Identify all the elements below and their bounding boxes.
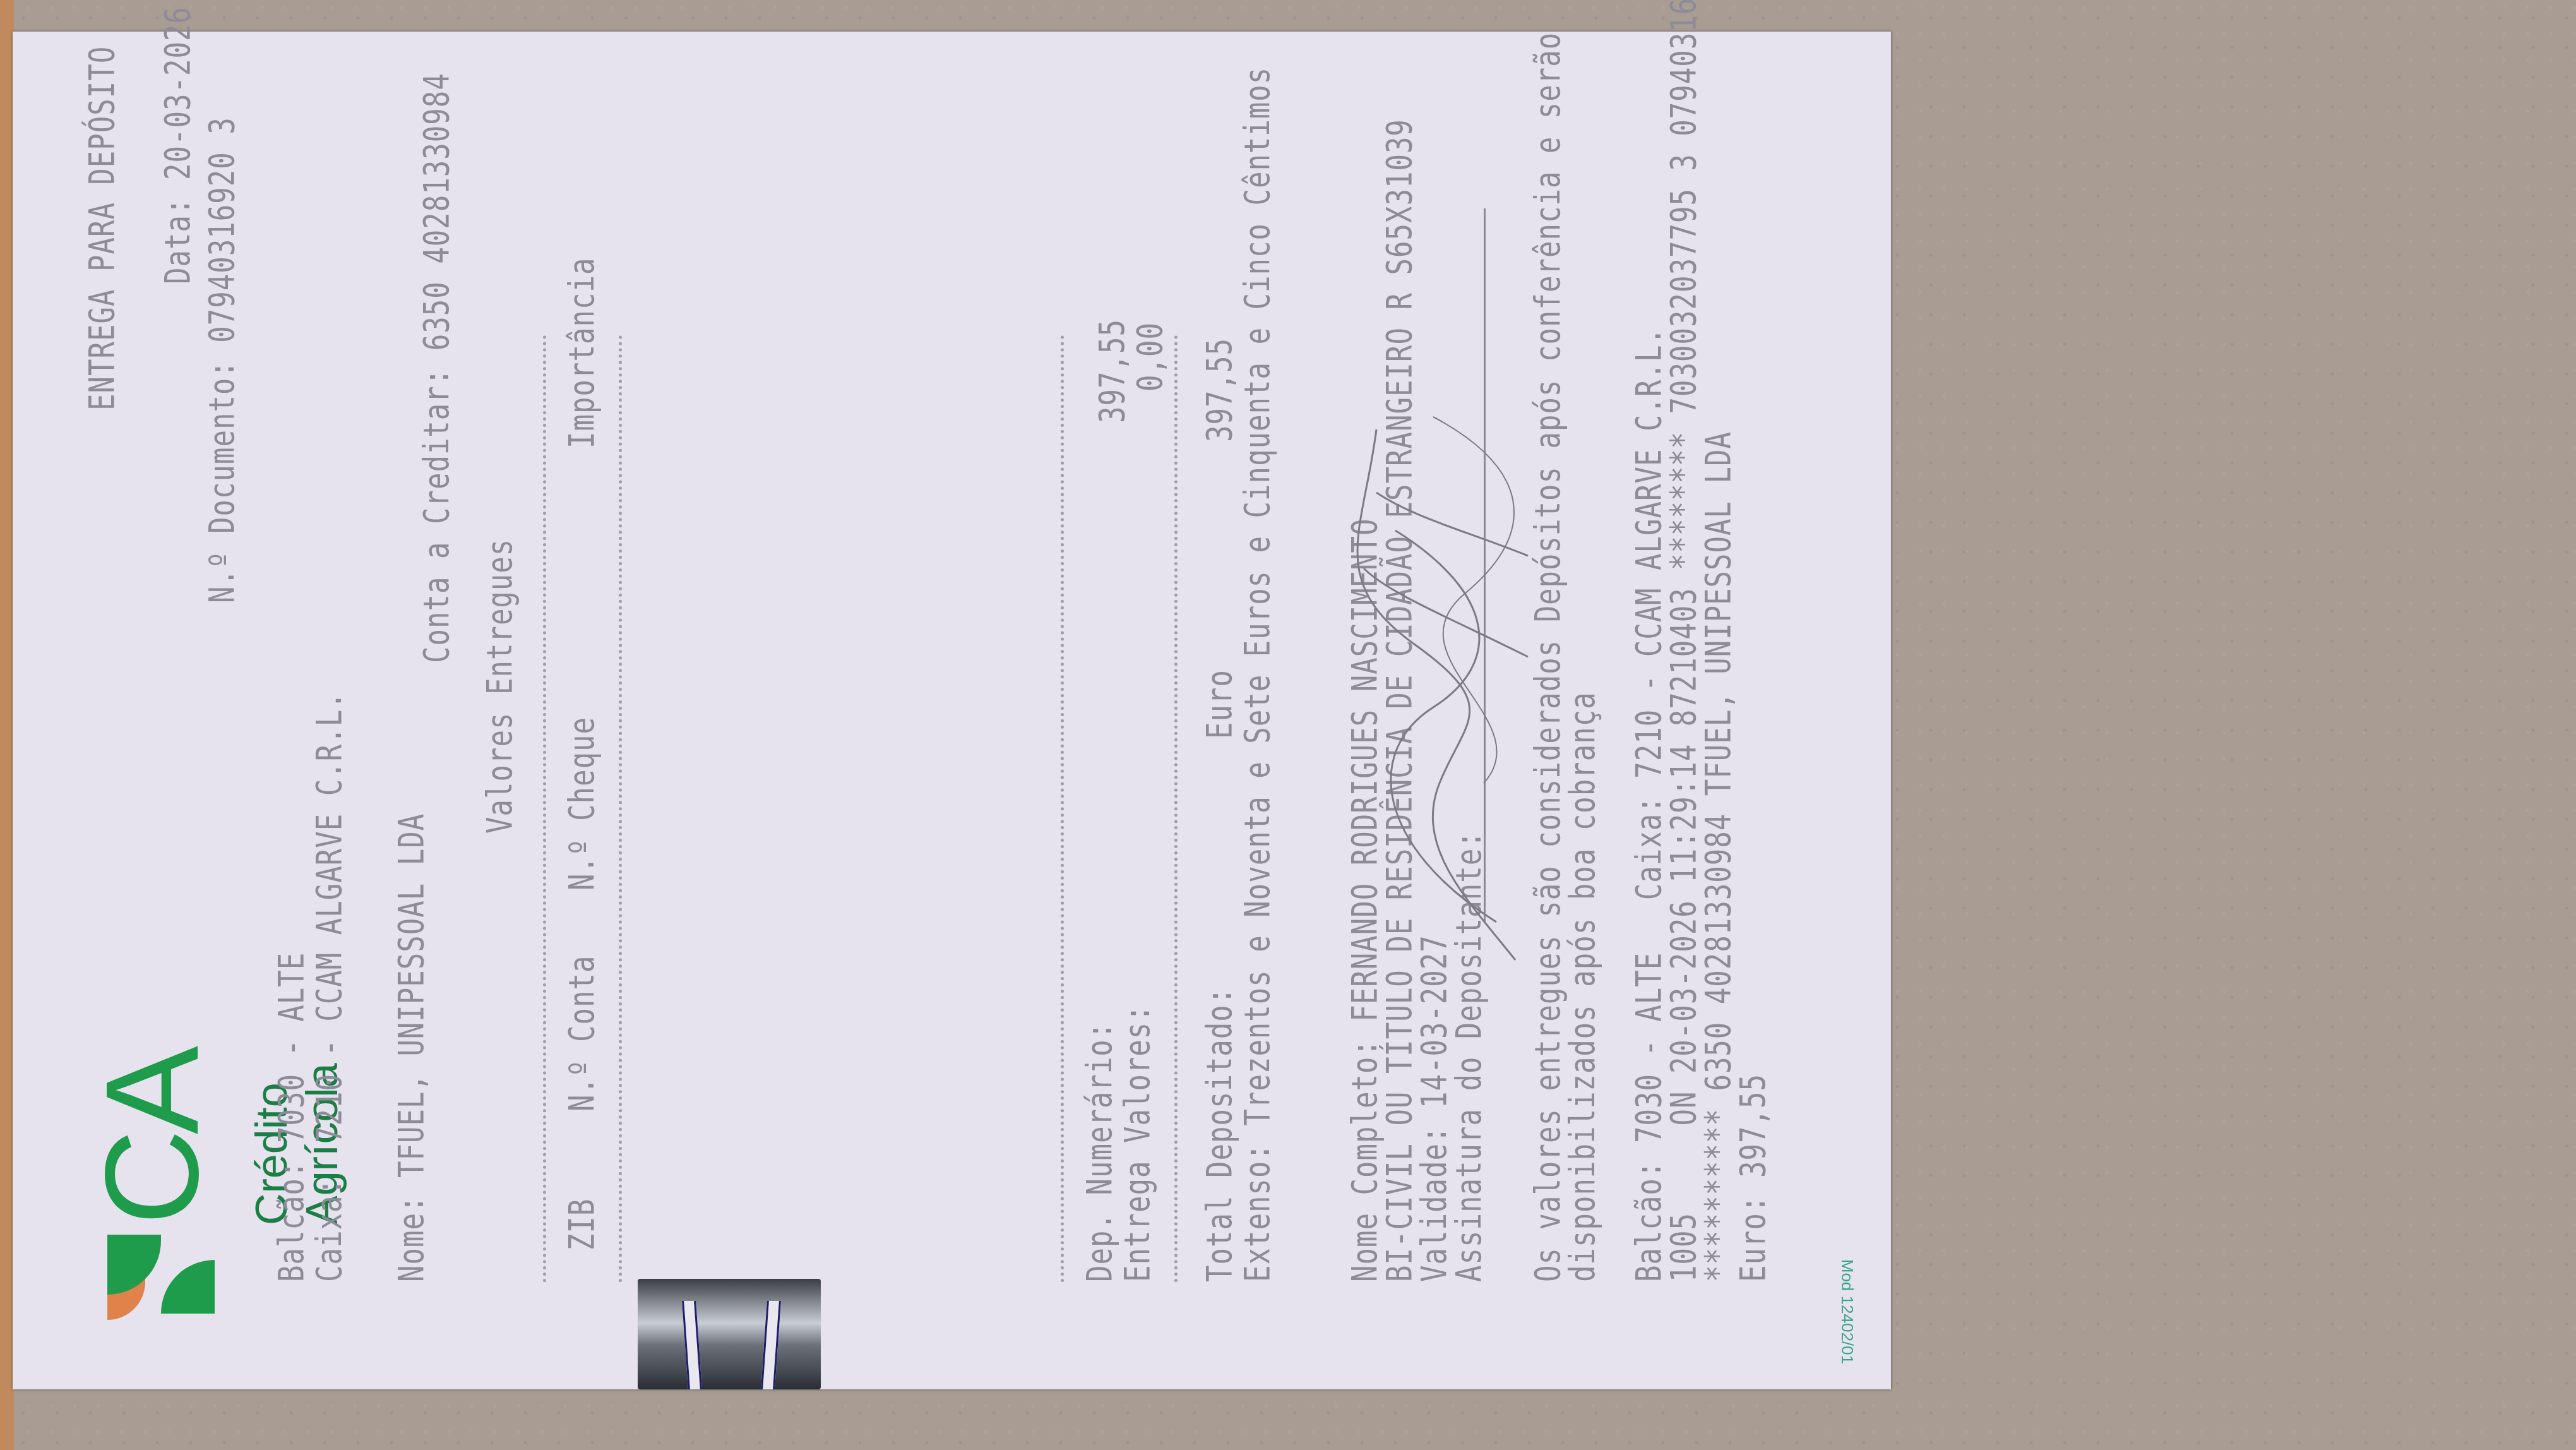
validation-line-4: Euro: 397,55 [1733,1074,1774,1282]
deposit-slip: CA Crédito Agrícola ENTREGA PARA DEPÓSIT… [13,32,1891,1389]
credito-agricola-logo: CA Crédito Agrícola [88,992,240,1320]
notice-line-2: disponibilizados após boa cobrança [1563,692,1603,1282]
logo-leaf-green-icon [161,1260,215,1314]
dep-numerario-value: 397,55 [1092,319,1133,423]
client-name-value: TFUEL, UNIPESSOAL LDA [391,813,432,1178]
total-value: 397,55 [1200,338,1240,442]
doc-number-row: N.º Documento: 07940316920 3 [202,117,242,603]
date-row: Data: 20-03-2026 [158,6,198,284]
entrega-valores-label: Entrega Valores: [1118,1004,1158,1282]
caixa-value: 7210 - CCAM ALGARVE C.R.L. [309,692,350,1143]
signature-scribble [1339,404,1547,973]
doc-number-value: 07940316920 3 [202,117,242,342]
date-label: Data: [158,198,198,284]
total-label: Total Depositado: [1200,987,1240,1282]
account-label: Conta a Creditar: [417,368,457,663]
client-name-row: Nome: TFUEL, UNIPESSOAL LDA [391,813,432,1282]
dep-numerario-label: Dep. Numerário: [1080,1022,1120,1282]
valores-title: Valores Entregues [480,539,520,834]
extenso-row: Extenso: Trezentos e Noventa e Sete Euro… [1237,67,1278,1282]
col-importancia: Importância [562,258,602,448]
balcao-label: Balcão: [271,1161,312,1282]
total-currency: Euro [1200,669,1240,739]
divider [619,335,622,1282]
binder-clip [638,1279,821,1389]
depositor-id-value: R S65X31039 [1380,119,1420,309]
balcao-row: Balcão: 7030 - ALTE [271,952,312,1282]
form-code: Mod 12402/01 [1837,1259,1857,1364]
account-row: Conta a Creditar: 6350 40281330984 [417,73,457,663]
account-value: 6350 40281330984 [417,73,457,351]
divider [1061,335,1064,1282]
caixa-row: Caixa: 7210 - CCAM ALGARVE C.R.L. [309,692,350,1282]
logo-letters: CA [76,1051,229,1225]
logo-leaf-green-icon [107,1235,161,1295]
caixa-label: Caixa: [309,1178,350,1282]
col-zib: ZIB [562,1199,602,1250]
document-title: ENTREGA PARA DEPÓSITO [82,46,122,410]
client-name-label: Nome: [391,1195,432,1282]
background-edge [0,0,14,1450]
col-cheque: N.º Cheque [562,717,602,890]
doc-number-label: N.º Documento: [202,360,242,603]
extenso-value: Trezentos e Noventa e Sete Euros e Cinqu… [1237,67,1278,1126]
entrega-valores-value: 0,00 [1130,322,1171,392]
divider [543,335,546,1282]
col-conta: N.º Conta [562,956,602,1111]
date-value: 20-03-2026 [158,6,198,180]
balcao-value: 7030 - ALTE [271,952,312,1143]
divider [1174,335,1178,1282]
extenso-label: Extenso: [1237,1143,1278,1282]
